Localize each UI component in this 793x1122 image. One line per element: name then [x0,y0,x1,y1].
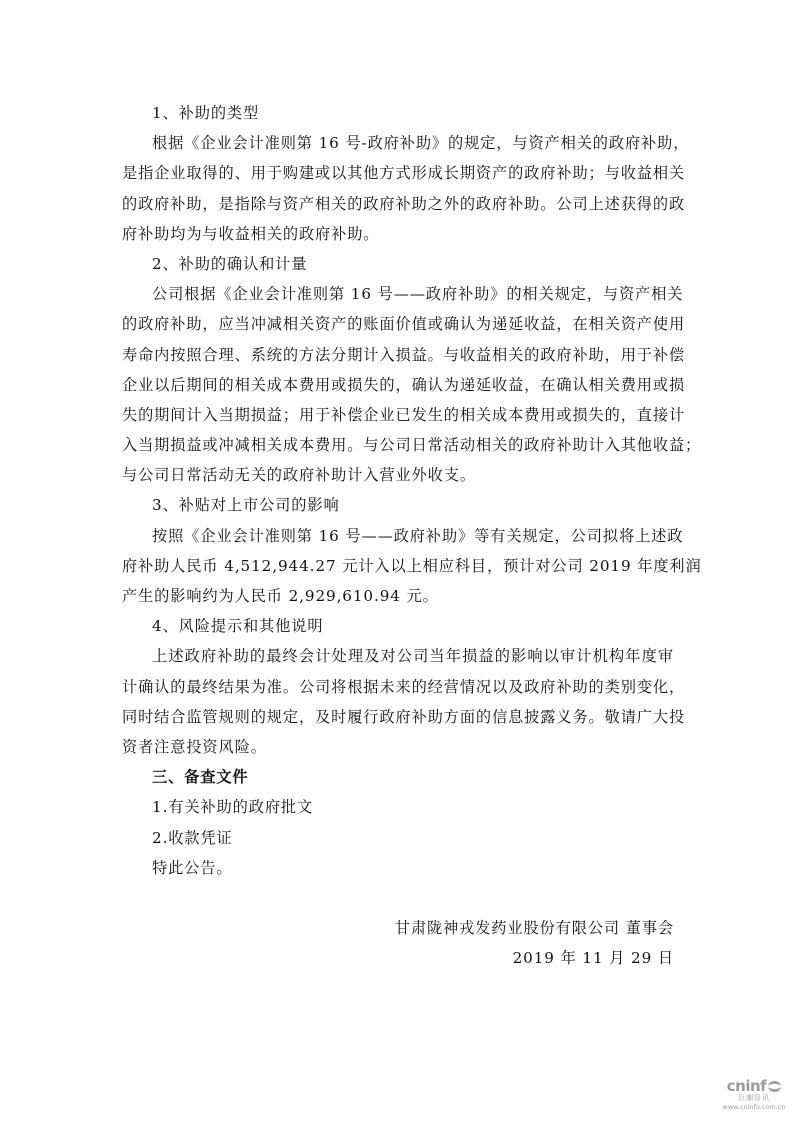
paragraph-line: 是指企业取得的、用于购建或以其他方式形成长期资产的政府补助；与收益相关 [122,158,674,188]
cninfo-url: www.cninfo.com.cn [718,1103,790,1112]
closing-statement: 特此公告。 [122,853,674,883]
paragraph-line: 资者注意投资风险。 [122,732,674,762]
paragraph-line: 产生的影响约为人民币 2,929,610.94 元。 [122,581,674,611]
paragraph-line: 计确认的最终结果为准。公司将根据未来的经营情况以及政府补助的类别变化， [122,672,674,702]
cninfo-watermark: cninf 巨潮资讯 www.cninfo.com.cn [718,1078,790,1112]
paragraph-line: 同时结合监管规则的规定，及时履行政府补助方面的信息披露义务。敬请广大投 [122,702,674,732]
paragraph-line: 的政府补助，应当冲减相关资产的账面价值或确认为递延收益，在相关资产使用 [122,309,674,339]
signature-date: 2019 年 11 月 29 日 [122,943,674,973]
section-heading-subsidy-type: 1、补助的类型 [122,98,674,128]
paragraph-line: 府补助均为与收益相关的政府补助。 [122,219,674,249]
document-body: 1、补助的类型 根据《企业会计准则第 16 号-政府补助》的规定，与资产相关的政… [122,98,674,973]
paragraph-line: 府补助人民币 4,512,944.27 元计入以上相应科目，预计对公司 2019… [122,551,674,581]
section-heading-impact: 3、补贴对上市公司的影响 [122,490,674,520]
paragraph-line: 公司根据《企业会计准则第 16 号——政府补助》的相关规定，与资产相关 [122,279,674,309]
section-heading-recognition: 2、补助的确认和计量 [122,249,674,279]
paragraph-line: 入当期损益或冲减相关成本费用。与公司日常活动相关的政府补助计入其他收益； [122,430,674,460]
paragraph-line: 失的期间计入当期损益；用于补偿企业已发生的相关成本费用或损失的，直接计 [122,400,674,430]
signature-company: 甘肃陇神戎发药业股份有限公司 董事会 [122,913,674,943]
cninfo-name: 巨潮资讯 [718,1094,790,1103]
reference-doc-item: 2.收款凭证 [122,823,674,853]
paragraph-line: 上述政府补助的最终会计处理及对公司当年损益的影响以审计机构年度审 [122,641,674,671]
cninfo-logo: cninf [718,1078,790,1094]
reference-docs-heading: 三、备查文件 [122,762,674,792]
paragraph-line: 企业以后期间的相关成本费用或损失的，确认为递延收益，在确认相关费用或损 [122,370,674,400]
cninfo-swoosh-icon [768,1081,781,1092]
paragraph-line: 按照《企业会计准则第 16 号——政府补助》等有关规定，公司拟将上述政 [122,521,674,551]
paragraph-line: 根据《企业会计准则第 16 号-政府补助》的规定，与资产相关的政府补助， [122,128,674,158]
paragraph-line: 的政府补助，是指除与资产相关的政府补助之外的政府补助。公司上述获得的政 [122,189,674,219]
paragraph-line: 与公司日常活动无关的政府补助计入营业外收支。 [122,460,674,490]
reference-doc-item: 1.有关补助的政府批文 [122,792,674,822]
paragraph-line: 寿命内按照合理、系统的方法分期计入损益。与收益相关的政府补助，用于补偿 [122,340,674,370]
section-heading-risk: 4、风险提示和其他说明 [122,611,674,641]
